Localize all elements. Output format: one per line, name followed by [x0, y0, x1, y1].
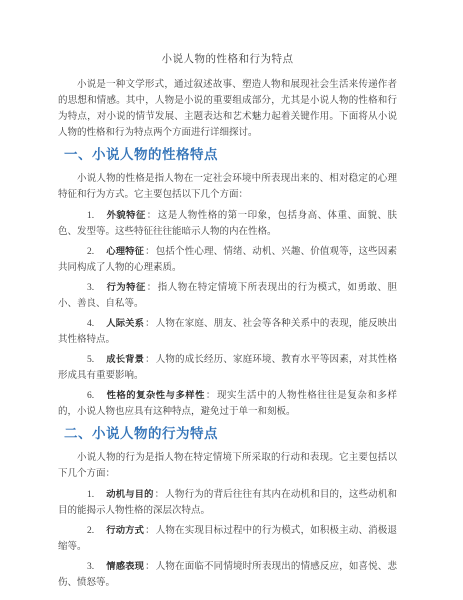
item-term: 情感表现 [106, 561, 144, 571]
list-item: 1.外貌特征：这是人物性格的第一印象，包括身高、体重、面貌、肤色、发型等。这些特… [58, 207, 397, 240]
item-colon: ： [144, 562, 156, 572]
list-item: 3.行为特征：指人物在特定情境下所表现出的行为模式，如勇敢、胆小、善良、自私等。 [58, 279, 397, 312]
item-colon: ： [146, 283, 158, 293]
item-term: 性格的复杂性与多样性 [106, 390, 205, 400]
section-1-heading: 一、小说人物的性格特点 [58, 146, 397, 164]
document-intro-paragraph: 小说是一种文学形式，通过叙述故事、塑造人物和展现社会生活来传递作者的思想和情感。… [58, 77, 397, 141]
list-item: 3.情感表现：人物在面临不同情境时所表现出的情感反应，如喜悦、悲伤、愤怒等。 [58, 558, 397, 591]
section-2-heading: 二、小说人物的行为特点 [58, 425, 397, 443]
list-item: 1.动机与目的：人物行为的背后往往有其内在动机和目的，这些动机和目的能揭示人物性… [58, 486, 397, 519]
item-term: 行为特征 [106, 282, 146, 292]
item-term: 人际关系 [106, 318, 144, 328]
item-term: 外貌特征 [106, 210, 146, 220]
item-term: 动机与目的 [106, 489, 153, 499]
item-number: 6. [87, 391, 94, 401]
item-number: 2. [87, 247, 94, 257]
item-term: 行动方式 [106, 525, 144, 535]
item-colon: ： [205, 391, 217, 401]
list-item: 6.性格的复杂性与多样性：现实生活中的人物性格往往是复杂和多样的，小说人物也应具… [58, 387, 397, 420]
list-item: 2.心理特征：包括个性心理、情绪、动机、兴趣、价值观等，这些因素共同构成了人物的… [58, 243, 397, 276]
section-2-intro: 小说人物的行为是指人物在特定情境下所采取的行动和表现。它主要包括以下几个方面： [58, 450, 397, 482]
item-number: 1. [87, 490, 94, 500]
item-colon: ： [144, 526, 156, 536]
item-colon: ： [144, 319, 156, 329]
list-item: 5.成长背景：人物的成长经历、家庭环境、教育水平等因素，对其性格形成具有重要影响… [58, 351, 397, 384]
item-colon: ： [144, 247, 156, 257]
item-number: 3. [87, 283, 94, 293]
document-title: 小说人物的性格和行为特点 [58, 52, 397, 68]
list-item: 4.人际关系：人物在家庭、朋友、社会等各种关系中的表现，能反映出其性格特点。 [58, 315, 397, 348]
item-term: 成长背景 [106, 354, 144, 364]
section-1-intro: 小说人物的性格是指人物在一定社会环境中所表现出来的、相对稳定的心理特征和行为方式… [58, 171, 397, 203]
item-number: 4. [87, 319, 94, 329]
item-colon: ： [154, 490, 166, 500]
item-number: 1. [87, 211, 94, 221]
item-number: 2. [87, 526, 94, 536]
item-number: 5. [87, 355, 94, 365]
item-colon: ： [146, 211, 158, 221]
item-number: 3. [87, 562, 94, 572]
list-item: 2.行动方式：人物在实现目标过程中的行为模式，如积极主动、消极退缩等。 [58, 522, 397, 555]
document-page: 小说人物的性格和行为特点 小说是一种文学形式，通过叙述故事、塑造人物和展现社会生… [0, 0, 463, 600]
item-term: 心理特征 [106, 246, 144, 256]
item-colon: ： [144, 355, 156, 365]
